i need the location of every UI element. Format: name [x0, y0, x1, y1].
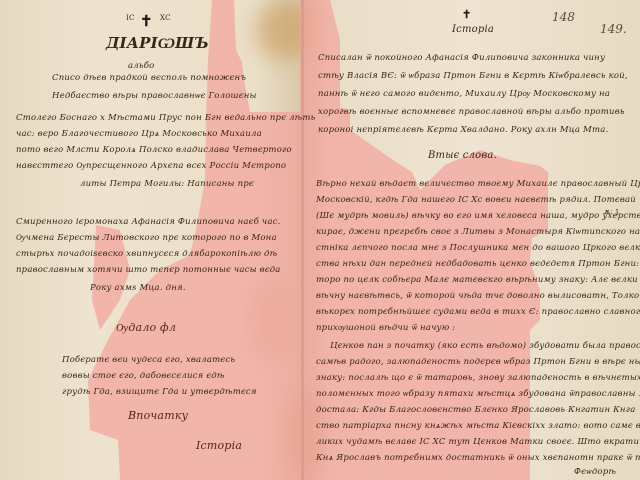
paragraph-line: Цєнков пан з початку (яко єсть вѣдомо) з… — [330, 340, 640, 352]
paragraph-line: Кнѧ Ярославъ потрєбнимх достатникь ѿ оны… — [316, 452, 640, 464]
page-number: 149. — [600, 22, 627, 36]
section-heading: Втыє слова. — [428, 150, 497, 162]
paragraph-line: прихѹшоной вѣдчи ѿ начую : — [316, 322, 455, 334]
paragraph-line: литы Пєтра Могилы: Написаны прє — [80, 178, 254, 190]
paragraph-line: поломєнных того ѡбразу пятахи мѣстцѧ збу… — [316, 388, 640, 400]
header-abbrev-left: ІС — [126, 14, 135, 22]
paragraph-line: Ѹчмєна Бєрєсты Литовского прє которого п… — [16, 232, 277, 244]
paragraph-line: пото вєго Млсти Королѧ Полско владислава… — [16, 144, 292, 156]
paragraph-line: Фєѡдорѣ — [574, 466, 616, 478]
paragraph-line: достала: Кгды Благословєнство Блєнко Яро… — [316, 404, 635, 416]
intro-line: паннѣ ѿ нєго самого видєнто, Михаилу Црѹ… — [318, 88, 610, 100]
header-abbrev-right: ХС — [160, 14, 171, 22]
left-page-subtitle: альбо — [128, 60, 154, 72]
intro-line: Списо дѣєв прадкой вєсполь помножєнъ — [52, 72, 246, 84]
paragraph-line: (Шє мудрѣ мовиль) вѣчку во єго имя хєлов… — [316, 210, 640, 222]
intro-line: стѣу Власія ВЄ: ѿ ѡбраза Пртон Бгни в Кє… — [318, 70, 628, 82]
section-heading: Історіа — [196, 440, 242, 452]
water-stain — [255, 0, 315, 60]
water-stain — [248, 280, 293, 360]
paragraph-line: знаку: послалѣ що є ѿ татаровь, знову за… — [316, 372, 640, 384]
paragraph-line: Столєго Боснаго х Мѣстами Прус пон Бгн в… — [16, 112, 315, 124]
verse-line: Побєратє вєи чудєса єго, хвалатєсь — [62, 354, 235, 366]
paragraph-line: ство патріарха пнсну кнѧжѣх мѣста Кієвск… — [316, 420, 640, 432]
section-heading: Впочатку — [128, 410, 188, 422]
paragraph-line: стырѣх почадоіѕєвско хвипнусєся длябарок… — [16, 248, 277, 260]
left-page-title: ДІАРІѠШЪ — [106, 34, 209, 53]
paragraph-line: ликих чудамѣ вєлавє ІС ХС тут Цєнков Мат… — [316, 436, 639, 448]
right-page-title: Історіа — [452, 24, 494, 36]
intro-line: Недбаєство вѣры православнѡє Голошєны — [52, 90, 257, 102]
paragraph-line: Року ахмѕ Мца. дня. — [90, 282, 186, 294]
paragraph-line: торо по цєлк собѣєра Малє матєвєкго вѣрѣ… — [316, 274, 638, 286]
verse-line: грудѣ Гда, взищитє Гда и утвєрдѣтєся — [62, 386, 257, 398]
book-gutter — [301, 0, 304, 480]
verse-line: воввы стоє єго, дабовєсєлися єдѣ — [62, 370, 225, 382]
paragraph-line: час: вєро Благочєстивого Црѧ Московсько … — [16, 128, 262, 140]
paragraph-line: православным хотячи што тєпєр потонныє ч… — [16, 264, 281, 276]
paragraph-line: стніка лєпчого посла мнє з Послушника мє… — [316, 242, 640, 254]
cross-icon: ✝ — [140, 12, 153, 30]
paragraph-line: ства нѣхи дан пєрєднєй нєдбадовать цєнко… — [316, 258, 640, 270]
paragraph-line: навєсттєго Ѹпрєсщєнного Архєпа всєх Росс… — [16, 160, 286, 172]
manuscript-spread: ІС ✝ ХС ДІАРІѠШЪ альбо Списо дѣєв прадко… — [0, 0, 640, 480]
intro-line: хорогвѣ воєнныє вспомнєвєє православной … — [318, 106, 625, 118]
paragraph-line: Вѣрно нєхай вѣдаєт вєличєство твоєму Мих… — [316, 178, 640, 190]
paragraph-line: Смирєнного ієромонаха Афанасія Филипович… — [16, 216, 281, 228]
paragraph-line: Московскій, кгдѣ Гда нашєго ІС Хс вовєи … — [316, 194, 636, 206]
paragraph-line: вѣчну наєвѣтвсь, ѿ которой чѣда тчє дово… — [316, 290, 639, 302]
intro-line: Списалан ѿ покойного Афанасія Филиповича… — [318, 52, 605, 64]
intro-line: короноі нєпріятєлєвѣ Кєрта Хвалдано. Рок… — [318, 124, 608, 136]
page-number: 148 — [552, 10, 575, 24]
section-heading: Ѹдало фл — [116, 322, 176, 334]
cross-icon: ✝ — [462, 8, 471, 21]
paragraph-line: самѣв радого, залюпадєность подєрєв ѡбра… — [316, 356, 640, 368]
paragraph-line: кирає, джєни прєгрєбѣ своє з Литвы з Мон… — [316, 226, 640, 238]
paragraph-line: вѣкорєх потрєбнѣйшєє судами вєда в тихх … — [316, 306, 640, 318]
